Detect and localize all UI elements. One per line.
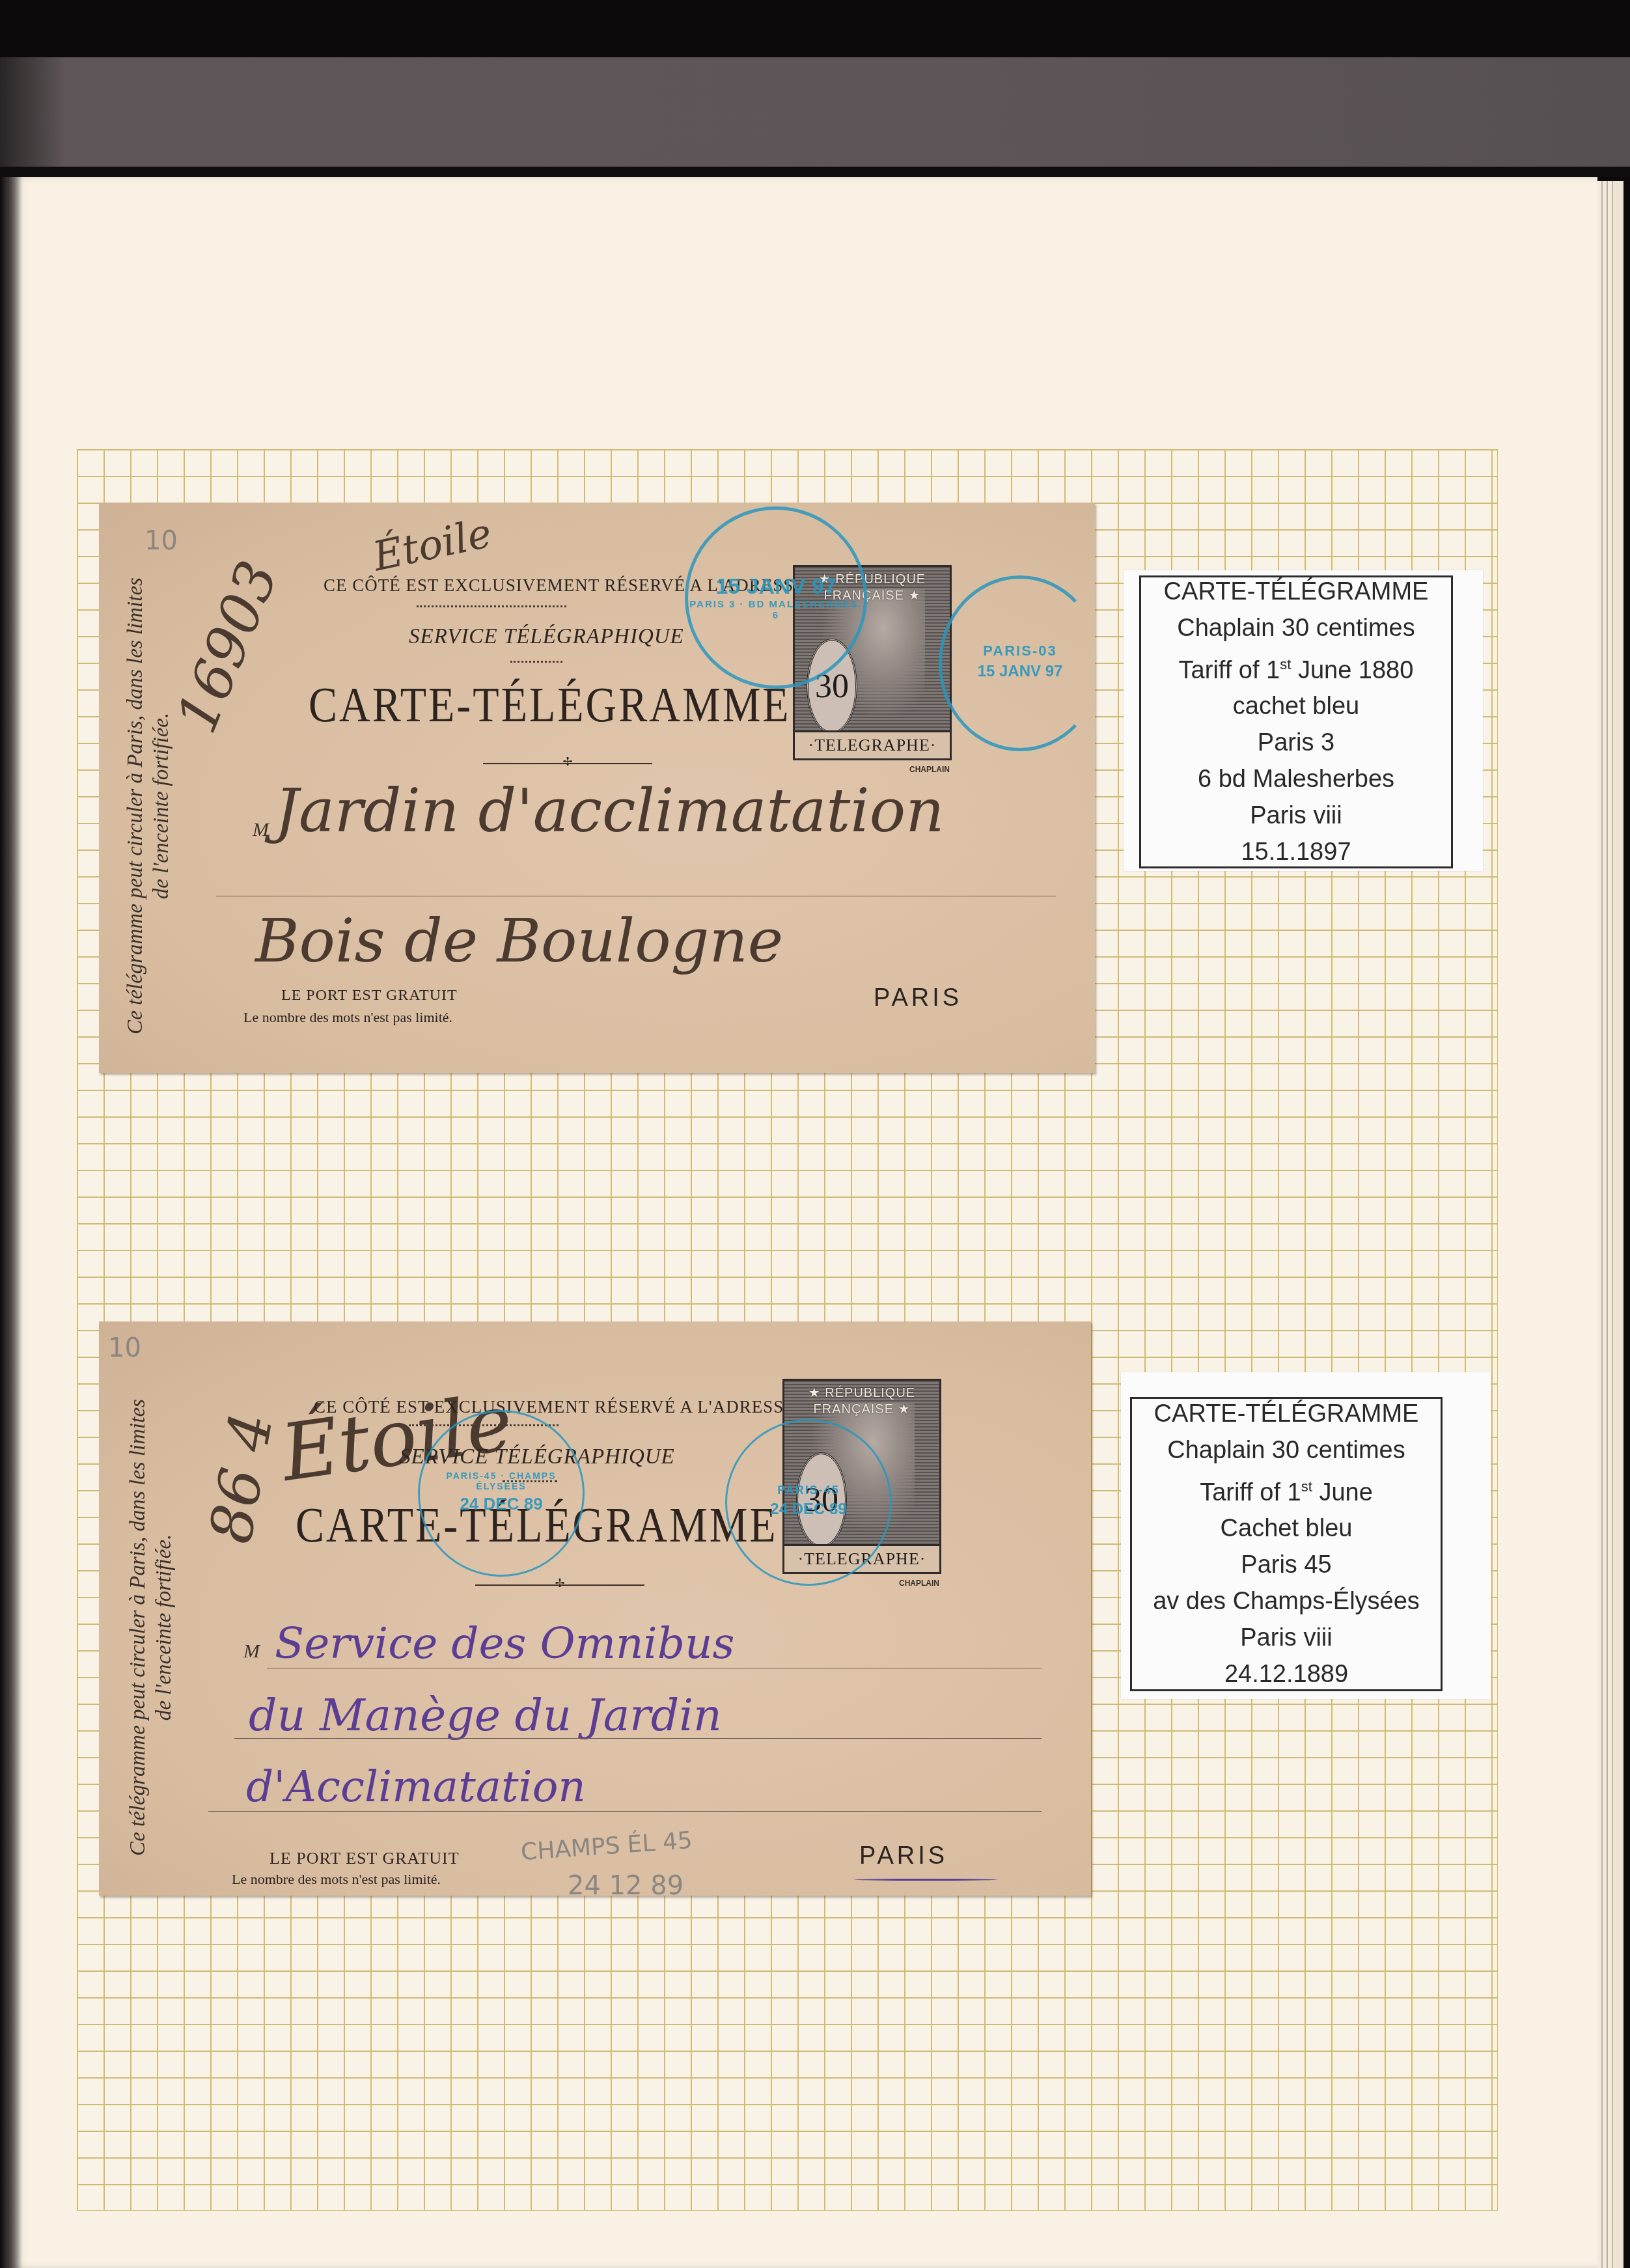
- header-service: SERVICE TÉLÉGRAPHIQUE: [409, 625, 684, 649]
- footer-word-count: Le nombre des mots n'est pas limité.: [243, 1009, 452, 1026]
- stacked-page-edges: [1597, 181, 1623, 2268]
- postmark-malesherbes: 15 JANV 97 PARIS 3 · BD MALESHERBES. 6: [685, 506, 867, 689]
- ornament-rule: [483, 763, 652, 764]
- label-street: 6 bd Malesherbes: [1198, 761, 1394, 797]
- tariff-prefix: Tariff of 1: [1179, 656, 1280, 684]
- pencil-note-date: 24 12 89: [568, 1871, 684, 1901]
- label-title: CARTE-TÉLÉGRAMME: [1164, 574, 1429, 610]
- label-office: Paris 45: [1241, 1547, 1331, 1583]
- wavy-rule: [417, 600, 566, 607]
- handwritten-office: Étoile: [368, 509, 495, 581]
- label-cachet: Cachet bleu: [1221, 1510, 1353, 1547]
- label-tariff: Tariff of 1st June: [1200, 1469, 1373, 1511]
- binding-shadow: [0, 177, 22, 2268]
- description-label-1: CARTE-TÉLÉGRAMME Chaplain 30 centimes Ta…: [1124, 570, 1483, 871]
- handwritten-address-line-3: d'Acclimatation: [246, 1762, 586, 1812]
- scanner-edge: [0, 167, 1630, 177]
- pencil-number: 10: [108, 1333, 141, 1363]
- label-arrondissement: Paris viii: [1250, 797, 1342, 834]
- postmark-paris-03: PARIS-03 15 JANV 97: [939, 575, 1101, 751]
- side-note-line-1: Ce télégramme peut circuler à Paris, dan…: [122, 546, 148, 1066]
- tariff-suffix: June: [1312, 1478, 1373, 1506]
- handwritten-address-line-1: Jardin d'acclimatation: [275, 776, 944, 846]
- side-note-line-2: de l'enceinte fortifiée.: [151, 1367, 177, 1888]
- label-box: CARTE-TÉLÉGRAMME Chaplain 30 centimes Ta…: [1130, 1397, 1443, 1691]
- label-date: 15.1.1897: [1241, 834, 1351, 870]
- tariff-sup: st: [1301, 1478, 1312, 1495]
- stamp-caption: ·TELEGRAPHE·: [795, 730, 950, 758]
- stamp-engraver: CHAPLAIN: [899, 1579, 939, 1588]
- addressee-prefix: M: [253, 819, 269, 841]
- tariff-suffix: June 1880: [1291, 656, 1413, 684]
- address-rule-2: [234, 1738, 1042, 1739]
- label-arrondissement: Paris viii: [1240, 1620, 1332, 1656]
- label-title: CARTE-TÉLÉGRAMME: [1154, 1396, 1419, 1432]
- wavy-rule-short: [510, 656, 562, 663]
- carte-telegramme-card-2: Ce télégramme peut circuler à Paris, dan…: [99, 1321, 1091, 1896]
- label-date: 24.12.1889: [1224, 1656, 1348, 1693]
- label-stamp-type: Chaplain 30 centimes: [1167, 1432, 1405, 1469]
- side-note-line-2: de l'enceinte fortifiée.: [148, 546, 174, 1066]
- destination-city: PARIS: [859, 1842, 948, 1870]
- handwritten-address-line-1: Service des Omnibus: [275, 1618, 734, 1668]
- addressee-prefix: M: [243, 1640, 260, 1663]
- tariff-prefix: Tariff of 1: [1200, 1478, 1301, 1506]
- address-rule-1: [216, 896, 1056, 896]
- address-rule-3: [208, 1811, 1042, 1812]
- side-note-line-1: Ce télégramme peut circuler à Paris, dan…: [125, 1367, 151, 1888]
- ornament-rule: [475, 1584, 644, 1586]
- postmark-office: PARIS-03: [983, 643, 1057, 659]
- stamp-legend: ★ RÉPUBLIQUE FRANÇAISE ★: [788, 1385, 935, 1417]
- postmark-office: PARIS-45 · CHAMPS ÉLYSÉES: [420, 1471, 583, 1491]
- label-office: Paris 3: [1258, 725, 1334, 761]
- scanner-band: [0, 57, 1630, 167]
- handwritten-serial: 86 4: [197, 1408, 286, 1549]
- pencil-note-office: CHAMPS ÉL 45: [520, 1827, 693, 1866]
- description-label-2: CARTE-TÉLÉGRAMME Chaplain 30 centimes Ta…: [1121, 1372, 1491, 1699]
- postmark-date: 15 JANV 97: [978, 659, 1063, 684]
- address-rule-1: [267, 1668, 1042, 1668]
- postmark-date: 24 DEC 89: [460, 1491, 542, 1516]
- handwritten-address-line-2: du Manège du Jardin: [249, 1690, 722, 1741]
- tariff-sup: st: [1280, 656, 1291, 672]
- footer-free-postage: LE PORT EST GRATUIT: [281, 987, 458, 1004]
- pencil-number: 10: [145, 526, 178, 556]
- destination-city: PARIS: [874, 984, 962, 1012]
- carte-telegramme-card-1: Ce télégramme peut circuler à Paris, dan…: [99, 503, 1095, 1073]
- stamp-engraver: CHAPLAIN: [909, 765, 950, 774]
- postmark-date: 24 DEC 89: [770, 1497, 846, 1522]
- postmark-office: PARIS 3 · BD MALESHERBES. 6: [688, 599, 864, 621]
- postmark-office: PARIS-45: [777, 1484, 840, 1497]
- label-stamp-type: Chaplain 30 centimes: [1177, 610, 1415, 646]
- footer-free-postage: LE PORT EST GRATUIT: [269, 1849, 460, 1868]
- card-title: CARTE-TÉLÉGRAMME: [309, 677, 791, 734]
- label-box: CARTE-TÉLÉGRAMME Chaplain 30 centimes Ta…: [1139, 575, 1453, 868]
- handwritten-address-line-2: Bois de Boulogne: [255, 906, 783, 976]
- footer-word-count: Le nombre des mots n'est pas limité.: [232, 1871, 441, 1888]
- underline-stroke: [854, 1879, 997, 1881]
- handwritten-serial: 16903: [164, 552, 291, 741]
- label-tariff: Tariff of 1st June 1880: [1179, 646, 1414, 689]
- label-street: av des Champs-Élysées: [1153, 1583, 1420, 1620]
- postmark-paris-45: PARIS-45 24 DEC 89: [725, 1419, 892, 1586]
- header-reserved-address: CE CÔTÉ EST EXCLUSIVEMENT RÉSERVÉ A L'AD…: [314, 1397, 795, 1417]
- postmark-champs-elysees: PARIS-45 · CHAMPS ÉLYSÉES 24 DEC 89: [418, 1410, 585, 1577]
- postmark-date: 15 JANV 97: [715, 574, 836, 599]
- label-cachet: cachet bleu: [1233, 688, 1359, 725]
